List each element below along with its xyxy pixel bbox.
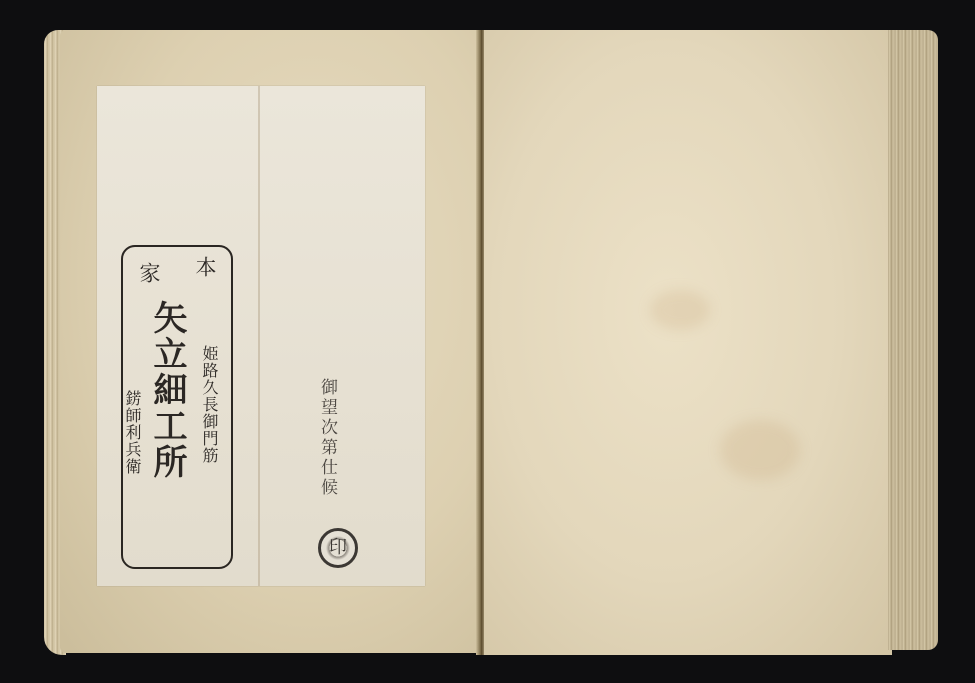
handwritten-inscription: 御望次第仕候	[318, 378, 335, 498]
label-top-right-char: 本	[194, 256, 215, 277]
label-address-column: 姫路久長御門筋	[201, 345, 217, 464]
round-seal-icon: 印	[318, 528, 358, 568]
seal-text: 印	[321, 531, 355, 565]
label-top-left-char: 家	[138, 262, 159, 283]
right-page	[484, 30, 892, 655]
right-page-stack-edge	[888, 30, 938, 650]
slip-fold-line	[258, 86, 260, 586]
paper-stain	[720, 420, 800, 480]
label-main-title: 矢立細工所	[150, 300, 184, 480]
label-maker-column: 錺師利兵衛	[124, 390, 140, 475]
paper-stain	[650, 290, 710, 330]
